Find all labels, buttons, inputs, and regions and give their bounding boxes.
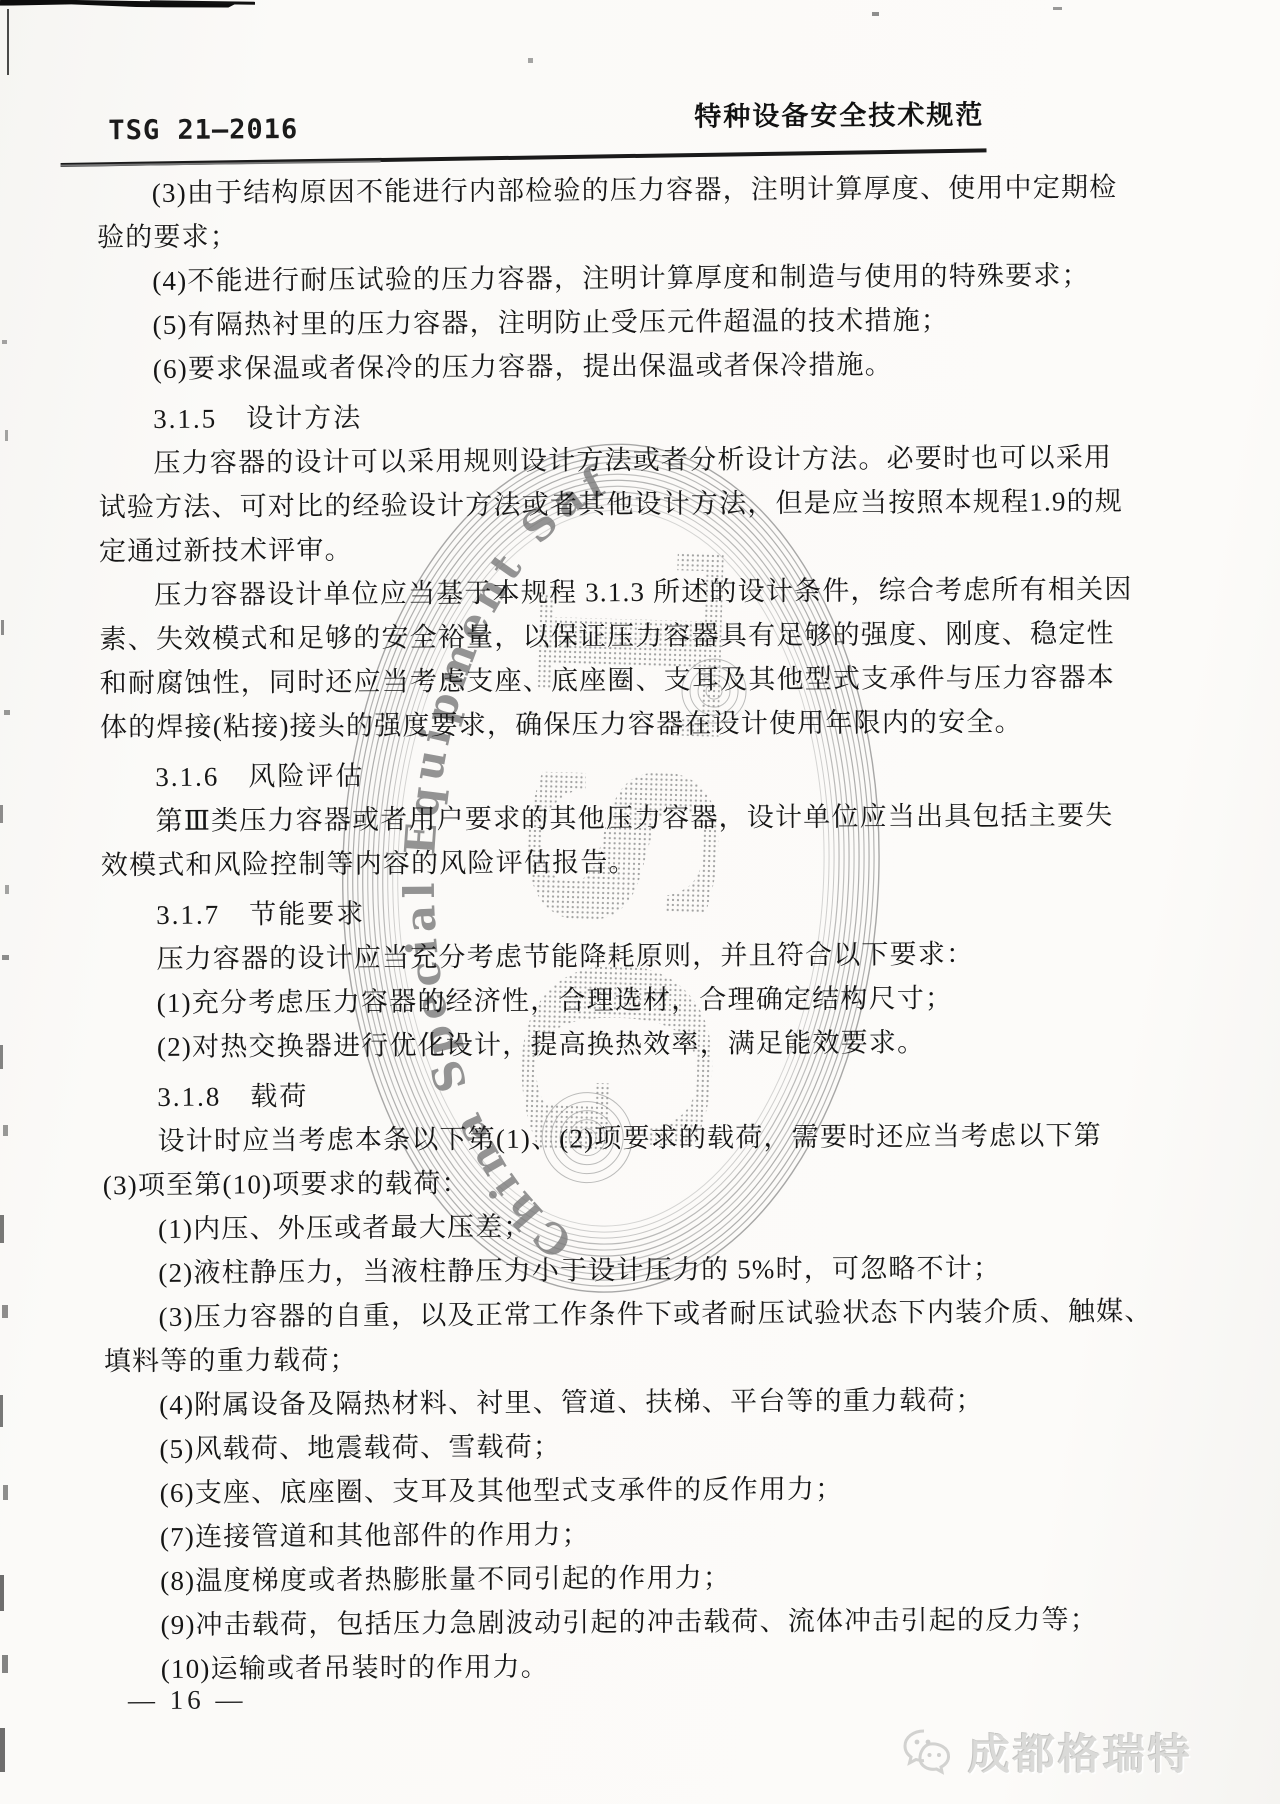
text-line: 第Ⅲ类压力容器或者用户要求的其他压力容器，设计单位应当出具包括主要失 [100,793,1188,844]
section-heading: 3.1.5 设计方法 [98,391,1186,442]
text-line: (3)压力容器的自重，以及正常工作条件下或者耐压试验状态下内装介质、触媒、 [103,1289,1191,1340]
text-line: 压力容器的设计可以采用规则设计方法或者分析设计方法。必要时也可以采用 [98,435,1186,486]
text-line: 填料等的重力载荷； [104,1333,1192,1384]
text-line: 素、失效模式和足够的安全裕量，以保证压力容器具有足够的强度、刚度、稳定性 [99,611,1187,662]
text-line: (3)由于结构原因不能进行内部检验的压力容器，注明计算厚度、使用中定期检 [97,165,1185,216]
text-line: 验的要求； [97,209,1185,260]
section-heading: 3.1.6 风险评估 [100,749,1188,800]
scan-artifact [0,1575,4,1611]
text-line: 设计时应当考虑本条以下第(1)、(2)项要求的载荷，需要时还应当考虑以下第 [102,1113,1190,1164]
page-number: — 16 — [128,1684,247,1716]
text-line: (7)连接管道和其他部件的作用力； [105,1509,1193,1560]
text-line: (5)有隔热衬里的压力容器，注明防止受压元件超温的技术措施； [97,297,1185,348]
text-line: (2)对热交换器进行优化设计，提高换热效率，满足能效要求。 [102,1019,1190,1070]
section-heading: 3.1.8 载荷 [102,1069,1190,1120]
text-line: (1)内压、外压或者最大压差； [103,1201,1191,1252]
text-line: (5)风载荷、地震载荷、雪载荷； [104,1421,1192,1472]
document-body: (3)由于结构原因不能进行内部检验的压力容器，注明计算厚度、使用中定期检 验的要… [97,165,1194,1692]
section-heading: 3.1.7 节能要求 [101,887,1189,938]
text-line: 体的焊接(粘接)接头的强度要求，确保压力容器在设计使用年限内的安全。 [100,699,1188,750]
text-line: 压力容器的设计应当充分考虑节能降耗原则，并且符合以下要求： [101,931,1189,982]
scan-artifact [0,1395,3,1427]
text-line: (10)运输或者吊装时的作用力。 [106,1641,1194,1692]
text-line: 定通过新技术评审。 [99,523,1187,574]
text-line: 压力容器设计单位应当基于本规程 3.1.3 所述的设计条件，综合考虑所有相关因 [99,567,1187,618]
text-line: (1)充分考虑压力容器的经济性，合理选材，合理确定结构尺寸； [102,975,1190,1026]
scan-artifact [0,1728,5,1772]
text-line: (4)不能进行耐压试验的压力容器，注明计算厚度和制造与使用的特殊要求； [97,253,1185,304]
text-line: 和耐腐蚀性，同时还应当考虑支座、底座圈、支耳及其他型式支承件与压力容器本 [100,655,1188,706]
text-line: (2)液柱静压力，当液柱静压力小于设计压力的 5%时，可忽略不计； [103,1245,1191,1296]
doc-code: TSG 21—2016 [108,114,298,146]
text-line: (3)项至第(10)项要求的载荷： [103,1157,1191,1208]
text-line: (4)附属设备及隔热材料、衬里、管道、扶梯、平台等的重力载荷； [104,1377,1192,1428]
text-line: 效模式和风险控制等内容的风险评估报告。 [101,837,1189,888]
text-line: 试验方法、可对比的经验设计方法或者其他设计方法，但是应当按照本规程1.9的规 [99,479,1187,530]
text-line: (8)温度梯度或者热膨胀量不同引起的作用力； [105,1553,1193,1604]
text-line: (6)支座、底座圈、支耳及其他型式支承件的反作用力； [105,1465,1193,1516]
wechat-icon [900,1727,958,1777]
brand-name: 成都格瑞特 [968,1722,1193,1782]
brand-watermark: 成都格瑞特 [900,1722,1193,1782]
text-line: (9)冲击载荷，包括压力急剧波动引起的冲击载荷、流体冲击引起的反力等； [105,1597,1193,1648]
page-header-title: 特种设备安全技术规范 [694,93,984,134]
scanned-document-page: TSG 21—2016 特种设备安全技术规范 [0,0,1280,1804]
text-line: (6)要求保温或者保冷的压力容器，提出保温或者保冷措施。 [98,341,1186,392]
